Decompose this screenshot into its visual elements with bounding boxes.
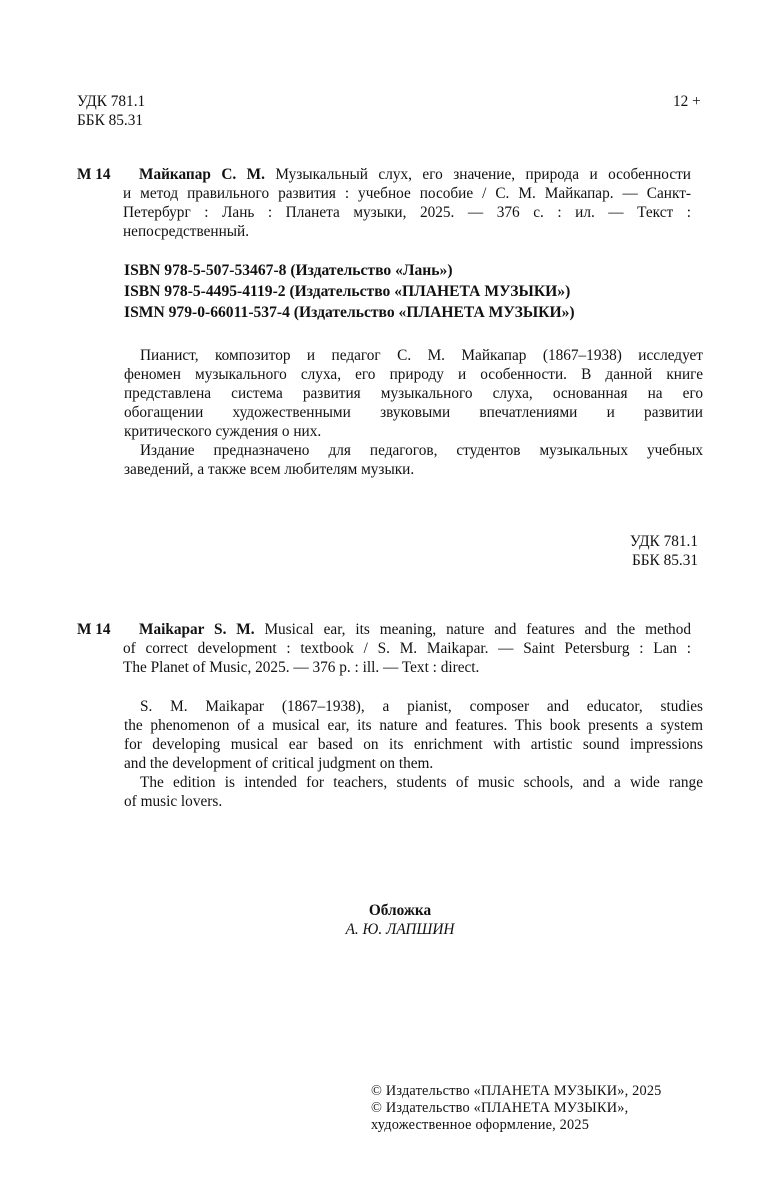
annotation-line: Издание предназначено для педагогов, сту… [124,441,703,460]
bib-line: Майкапар С. М. Музыкальный слух, его зна… [123,165,691,184]
isbn-lan: ISBN 978-5-507-53467-8 (Издательство «Ла… [124,260,575,281]
author-name: Maikapar S. M. [139,621,255,638]
isbn-planeta: ISBN 978-5-4495-4119-2 (Издательство «ПЛ… [124,281,575,302]
copyright-line: © Издательство «ПЛАНЕТА МУЗЫКИ», 2025 [371,1083,662,1100]
annotation-en: S. M. Maikapar (1867–1938), a pianist, c… [124,697,703,811]
identifiers: ISBN 978-5-507-53467-8 (Издательство «Ла… [124,260,575,323]
bib-line: Maikapar S. M. Musical ear, its meaning,… [123,620,691,639]
ismn-planeta: ISMN 979-0-66011-537-4 (Издательство «ПЛ… [124,302,575,323]
annotation-line: представлена система развития музыкально… [124,384,703,403]
bibliographic-entry-ru: Майкапар С. М. Музыкальный слух, его зна… [123,165,691,241]
author-name: Майкапар С. М. [139,166,265,183]
annotation-line: for developing musical ear based on its … [124,735,703,754]
cover-credit: Обложка А. Ю. ЛАПШИН [300,901,500,939]
bib-line: The Planet of Music, 2025. — 376 p. : il… [123,658,691,677]
annotation-line: заведений, а также всем любителям музыки… [124,460,703,479]
age-rating: 12 + [673,92,701,111]
copyright-line: © Издательство «ПЛАНЕТА МУЗЫКИ», [371,1100,662,1117]
annotation-line: феномен музыкального слуха, его природу … [124,365,703,384]
annotation-line: S. M. Maikapar (1867–1938), a pianist, c… [124,697,703,716]
copyright-block: © Издательство «ПЛАНЕТА МУЗЫКИ», 2025 © … [371,1083,662,1134]
bib-line: и метод правильного развития : учебное п… [123,184,691,203]
annotation-line: критического суждения о них. [124,422,703,441]
annotation-line: of music lovers. [124,792,703,811]
udk-code: УДК 781.1 [77,92,145,111]
bib-line: непосредственный. [123,222,691,241]
bbk-code: ББК 85.31 [630,551,698,570]
bibliographic-entry-en: Maikapar S. M. Musical ear, its meaning,… [123,620,691,677]
author-sign-ru: М 14 [77,165,111,184]
classification-codes: УДК 781.1 ББК 85.31 [77,92,145,130]
annotation-line: The edition is intended for teachers, st… [124,773,703,792]
author-sign-en: М 14 [77,620,111,639]
cover-label: Обложка [300,901,500,920]
annotation-line: and the development of critical judgment… [124,754,703,773]
bib-line: Петербург : Лань : Планета музыки, 2025.… [123,203,691,222]
classification-codes-right: УДК 781.1 ББК 85.31 [630,532,698,570]
annotation-line: Пианист, композитор и педагог С. М. Майк… [124,346,703,365]
udk-code: УДК 781.1 [630,532,698,551]
cover-designer: А. Ю. ЛАПШИН [300,920,500,939]
annotation-line: обогащении художественными звуковыми впе… [124,403,703,422]
annotation-line: the phenomenon of a musical ear, its nat… [124,716,703,735]
copyright-line: художественное оформление, 2025 [371,1117,662,1134]
annotation-ru: Пианист, композитор и педагог С. М. Майк… [124,346,703,479]
bib-line: of correct development : textbook / S. M… [123,639,691,658]
bbk-code: ББК 85.31 [77,111,145,130]
